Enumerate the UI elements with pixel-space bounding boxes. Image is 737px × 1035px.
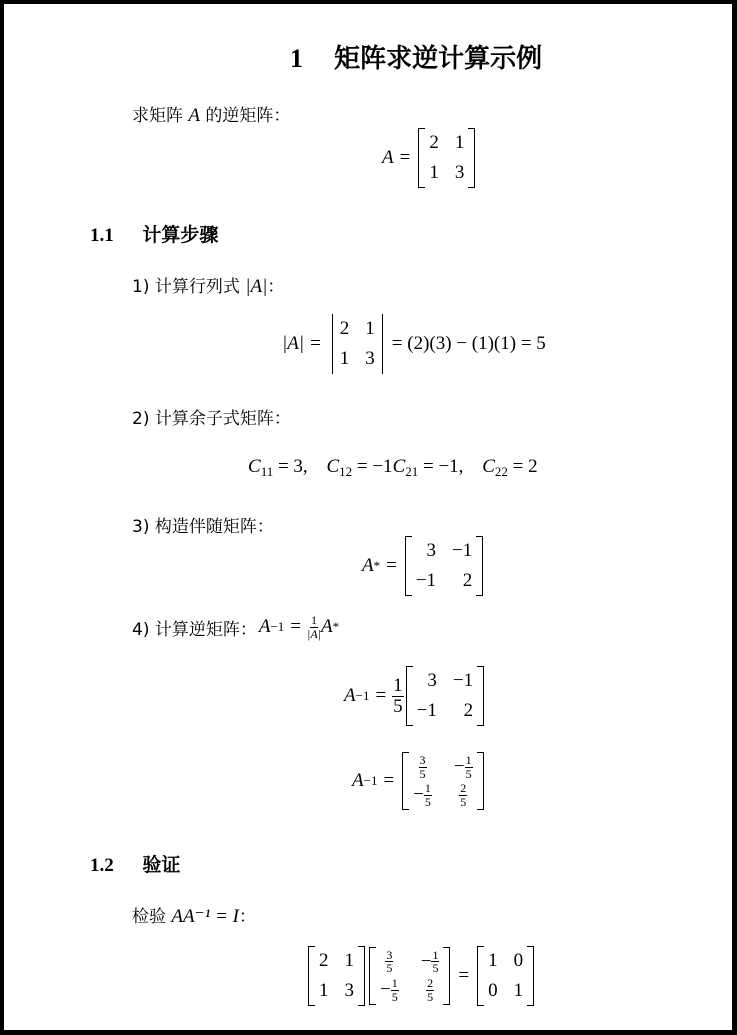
rhs: = (2)(3) − (1)(1) = 5 [392,333,546,355]
cell: 2 [319,948,329,974]
cell: 1 [455,130,465,156]
adjugate-equation: A* = 3 −1 −1 2 [362,536,485,596]
numerator: 1 [392,676,404,697]
colon: ： [267,277,284,297]
val: = −1, [423,456,463,477]
subsection-title: 计算步骤 [142,224,218,246]
verify-expr: AA⁻¹ = I [171,906,239,927]
verify-label-text: 检验 [132,907,166,927]
cofactor-equation: C11 = 3, C12 = −1C21 = −1, C22 = 2 [248,456,538,480]
cell: −1 [452,538,472,564]
verification-equation: 2 1 1 3 35 −15 −15 25 = 1 0 0 1 [306,946,536,1006]
cell: −1 [417,698,437,724]
sub: 11 [261,464,274,479]
step2-label: 2) 计算余子式矩阵： [132,404,291,429]
lhs: A [382,147,394,169]
C: C [482,456,495,477]
section-number: 1 [290,44,303,73]
C: C [326,456,339,477]
cell: −1 [416,568,436,594]
val: = −1 [357,456,393,477]
val: = 3, [278,456,308,477]
inverse-equation-1: A−1 = 1 5 3 −1 −1 2 [344,666,486,726]
verify-label: 检验 AA⁻¹ = I： [132,902,256,928]
inverse-matrix: 35 −15 −15 25 [402,752,483,810]
cell: 0 [514,948,524,974]
lhs: |A| [282,333,304,355]
step4-label: 4) 计算逆矩阵： A−1 = 1|A| A* [132,614,339,640]
lhs: A [362,555,374,577]
lhs: A [344,685,356,707]
cell: 1 [345,948,355,974]
cell: 1 [514,978,524,1004]
C: C [248,456,261,477]
cell: 2 [452,568,472,594]
sup: −1 [356,688,370,704]
colon: ： [239,907,256,927]
cell: 2 [453,698,473,724]
cell: 1 [488,948,498,974]
step-label: 1) 计算行列式 [132,277,240,297]
cell: 1 [429,160,439,186]
cell: 25 [421,977,440,1003]
cell: 3 [416,538,436,564]
intro-var: A [188,105,200,126]
step-expr: |A| [245,276,267,297]
identity-matrix: 1 0 0 1 [477,946,534,1006]
cell: 3 [455,160,465,186]
sup: * [374,558,381,574]
cell: 1 [340,346,350,372]
cell: 35 [413,754,432,780]
adjugate-matrix: 3 −1 −1 2 [405,536,483,596]
step3-label: 3) 构造伴随矩阵： [132,512,274,537]
inverse-matrix: 35 −15 −15 25 [369,947,450,1005]
cell: 35 [380,949,399,975]
adjugate-matrix: 3 −1 −1 2 [406,666,484,726]
subsection-number: 1.1 [90,225,114,246]
section-title-text: 矩阵求逆计算示例 [334,44,542,74]
intro-suffix: 的逆矩阵： [205,106,290,126]
cell: −15 [413,782,432,808]
sub: 22 [495,464,508,479]
sub: 21 [405,464,418,479]
cell: 2 [340,316,350,342]
subsection-number: 1.2 [90,855,114,876]
cell: 25 [454,782,473,808]
cell: 0 [488,978,498,1004]
denominator: 5 [393,697,403,717]
document-page: 1 矩阵求逆计算示例 求矩阵 A 的逆矩阵： A = 2 1 1 3 1.1 计… [4,4,732,1030]
sub: 12 [339,464,352,479]
cell: 3 [345,978,355,1004]
inverse-equation-2: A−1 = 35 −15 −15 25 [352,752,486,810]
subsection-heading-1: 1.1 计算步骤 [90,220,218,247]
lhs: A [352,770,364,792]
step-label: 4) 计算逆矩阵： [132,615,257,640]
intro-prefix: 求矩阵 [132,106,183,126]
cell: 3 [365,346,375,372]
matrix-A: 2 1 1 3 [418,128,475,188]
cell: 2 [429,130,439,156]
cell: −15 [454,754,473,780]
step1-label: 1) 计算行列式 |A|： [132,272,284,298]
matrix-A: 2 1 1 3 [308,946,365,1006]
determinant-equation: |A| = 2 1 1 3 = (2)(3) − (1)(1) = 5 [282,314,546,374]
fraction: 1|A| [307,614,321,640]
C: C [393,456,406,477]
sup: −1 [364,773,378,789]
cell: 1 [319,978,329,1004]
section-title: 1 矩阵求逆计算示例 [290,38,542,75]
subsection-heading-2: 1.2 验证 [90,850,180,877]
cell: −15 [421,949,440,975]
cell: 3 [417,668,437,694]
cell: −1 [453,668,473,694]
val: = 2 [513,456,538,477]
scalar-fraction: 1 5 [392,676,404,717]
cell: −15 [380,977,399,1003]
subsection-title: 验证 [142,854,180,876]
intro-text: 求矩阵 A 的逆矩阵： [132,101,290,127]
cell: 1 [365,316,375,342]
matrix-A-equation: A = 2 1 1 3 [382,128,477,188]
determinant-matrix: 2 1 1 3 [329,314,386,374]
